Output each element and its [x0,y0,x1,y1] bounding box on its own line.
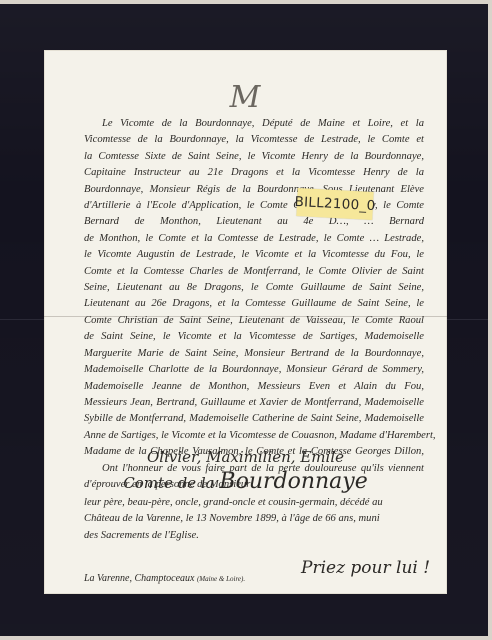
prayer-line: Priez pour lui ! [301,558,430,578]
text-line: Le Vicomte de la Bourdonnaye, Député de … [84,116,424,132]
text-line: Lieutenant au 26e Dragons, et la Comtess… [84,296,424,312]
text-line: Mademoiselle Jeanne de Monthon, Messieur… [84,379,424,395]
deceased-title: Comte de la Bourdonnaye [44,468,447,497]
place-name: La Varenne, Champtoceaux [84,573,194,584]
place-line: La Varenne, Champtoceaux (Maine & Loire)… [84,573,245,584]
text-line: Anne de Sartiges, le Vicomte et la Vicom… [84,428,424,444]
deceased-given-names: Olivier, Maximilien, Emile [44,446,447,468]
inventory-sticker: BILL2100_0 [296,188,373,220]
text-line: Comte Christian de Saint Seine, Lieutena… [84,313,424,329]
text-line: Messieurs Jean, Bertrand, Guillaume et X… [84,395,424,411]
text-line: leur père, beau-père, oncle, grand-oncle… [84,495,424,511]
text-line: Marguerite Marie de Saint Seine, Monsieu… [84,346,424,362]
text-line: Sybille de Montferrand, Mademoiselle Cat… [84,411,424,427]
text-line: le Vicomte Augustin de Lestrade, le Vico… [84,247,424,263]
monogram: M [44,80,447,115]
announcement-card: M Le Vicomte de la Bourdonnaye, Député d… [44,50,447,594]
text-line: Comte et la Comtesse Charles de Montferr… [84,264,424,280]
deceased-surname: Bourdonnaye [219,469,367,494]
text-line: Château de la Varenne, le 13 Novembre 18… [84,511,424,527]
sticker-label: BILL2100_0 [294,194,376,214]
text-line: Seine, Lieutenant au 8e Dragons, le Comt… [84,280,424,296]
place-department: (Maine & Loire). [197,575,245,583]
text-line: Bernard de Monthon, Lieutenant au 4e D…,… [84,214,424,230]
deceased-title-prefix: Comte de la [123,474,214,492]
text-line: de Saint Seine, le Vicomte et la Vicomte… [84,329,424,345]
death-details-text: leur père, beau-père, oncle, grand-oncle… [84,495,424,544]
deceased-name-block: Olivier, Maximilien, Emile Comte de la B… [44,446,447,497]
text-line: Mademoiselle Charlotte de la Bourdonnaye… [84,362,424,378]
text-line: des Sacrements de l'Eglise. [84,528,424,544]
text-line: Capitaine Instructeur au 21e Dragons et … [84,165,424,181]
text-line: de Monthon, le Comte et la Comtesse de L… [84,231,424,247]
text-line: la Comtesse Sixte de Saint Seine, le Vic… [84,149,424,165]
family-list-text: Le Vicomte de la Bourdonnaye, Député de … [84,116,424,493]
text-line: Vicomtesse de la Bourdonnaye, la Vicomte… [84,132,424,148]
